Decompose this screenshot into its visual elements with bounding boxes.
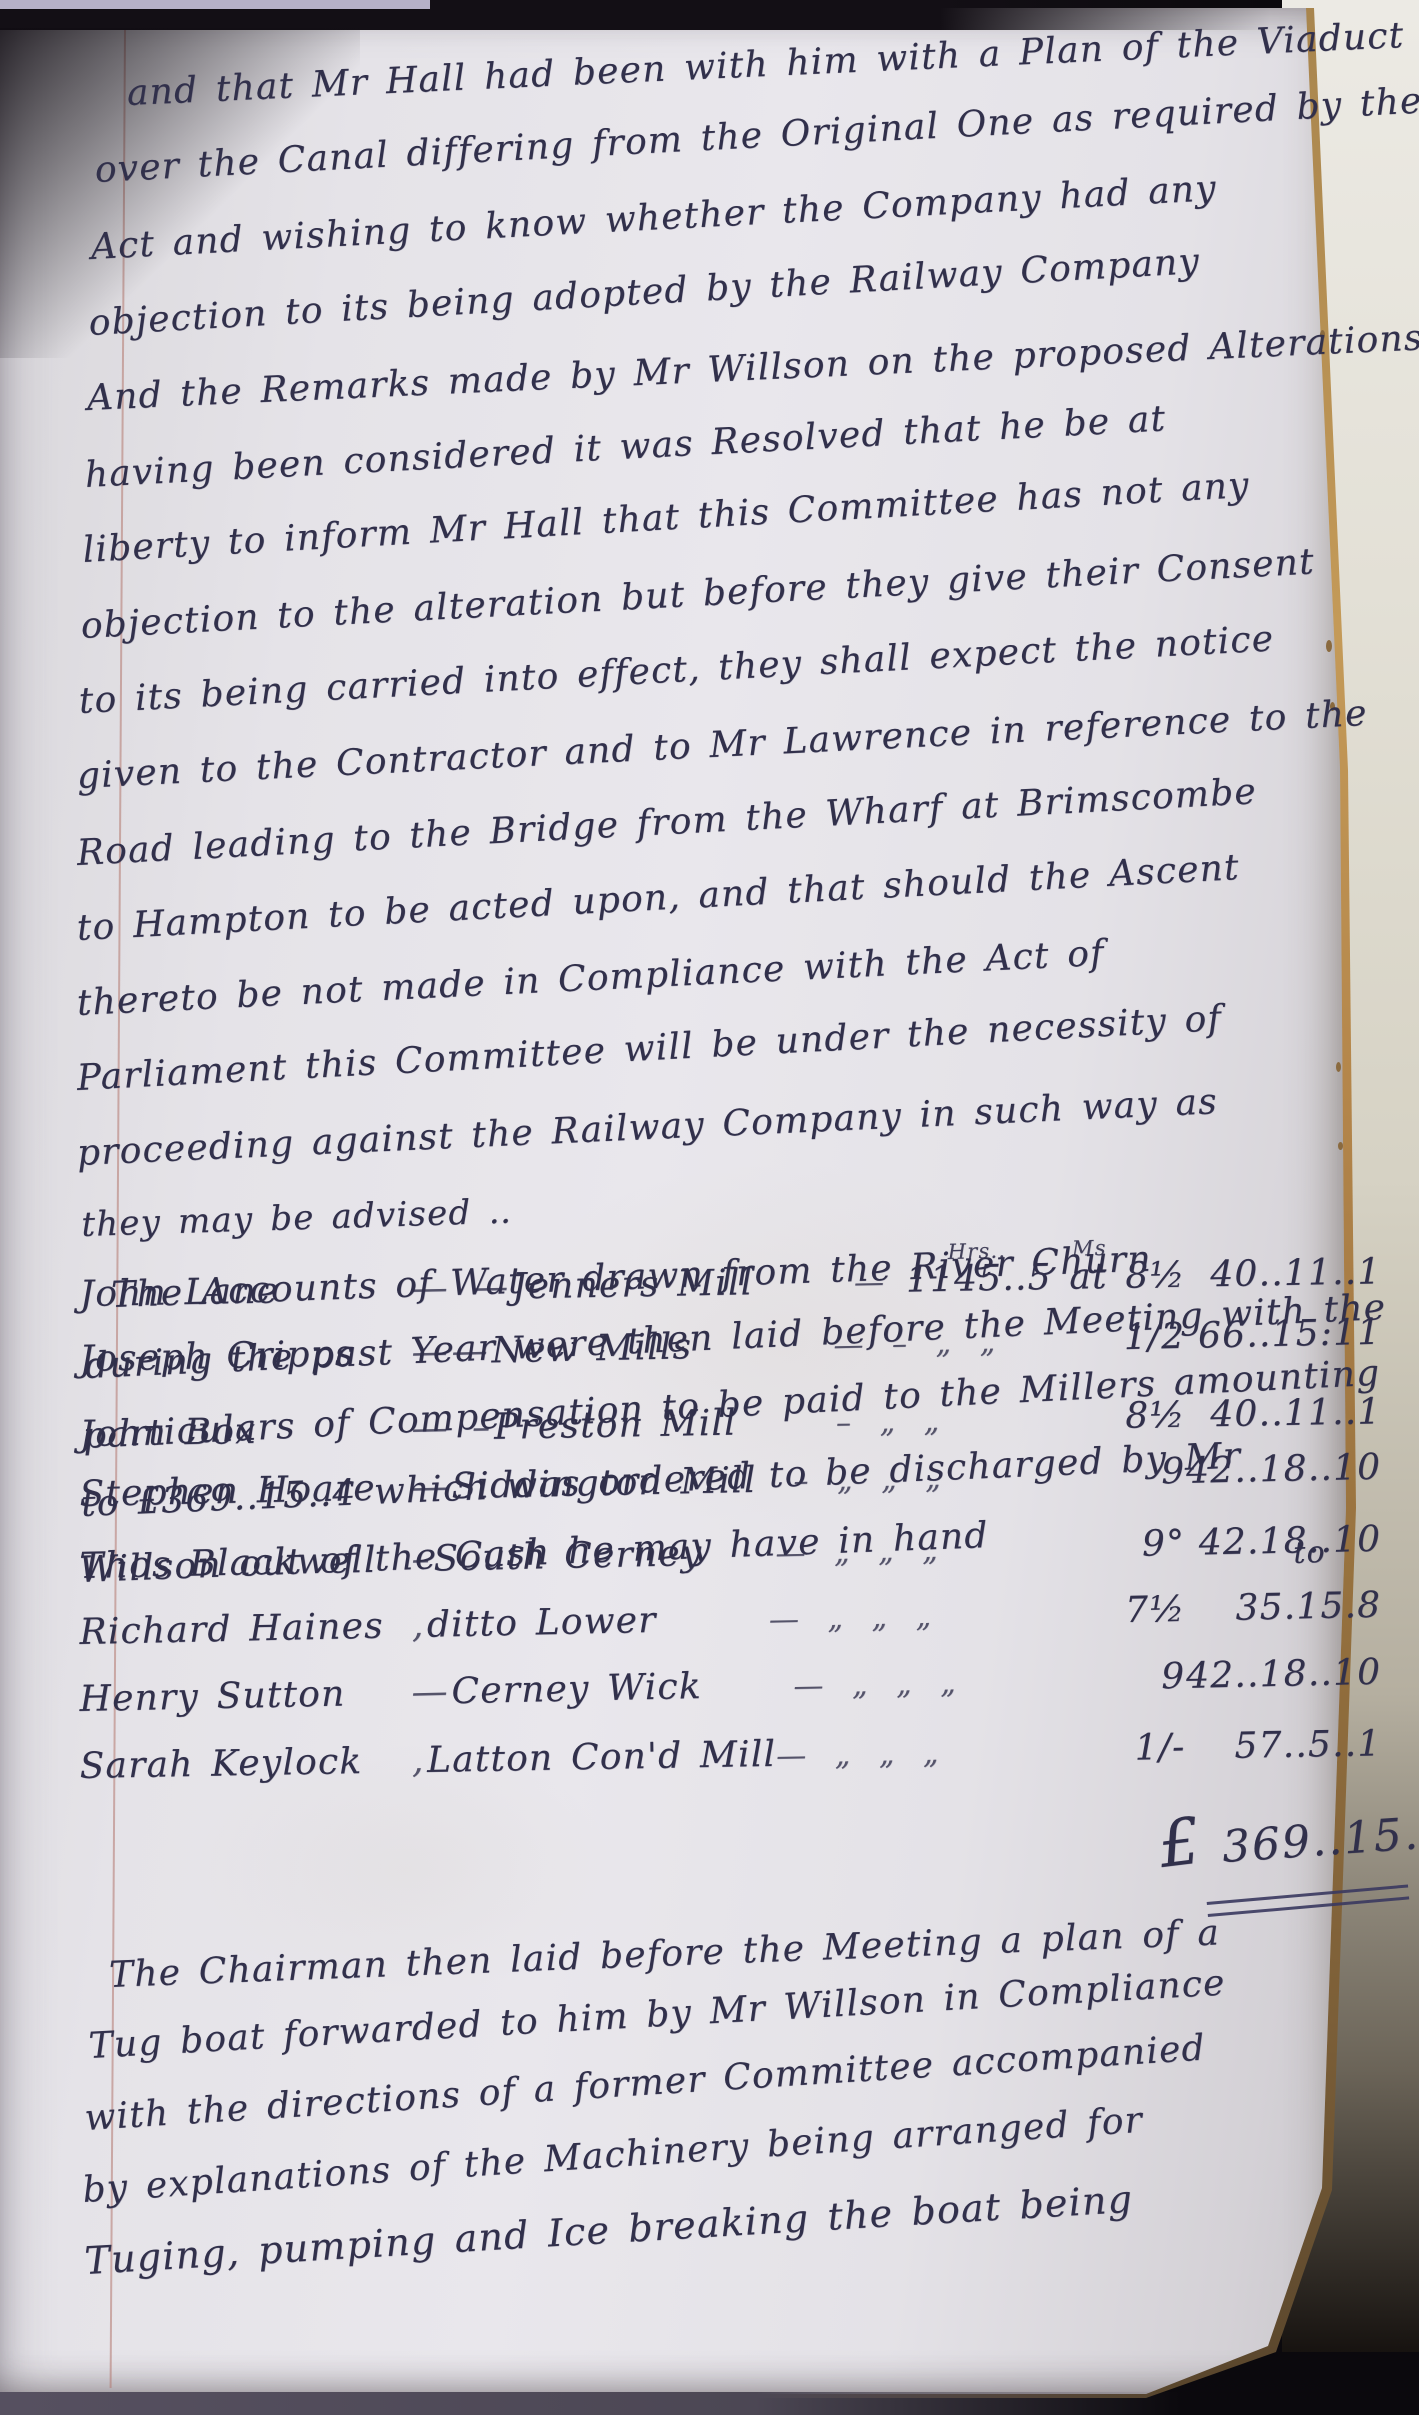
row-dashes: —— xyxy=(411,1329,492,1374)
rate-value: 1/2 xyxy=(1017,1315,1186,1362)
rate-value: 9 xyxy=(1017,1450,1186,1497)
payee-name: Thos Blackwell xyxy=(79,1538,412,1588)
row-dashes: – xyxy=(411,1538,434,1582)
payee-name: John Lane xyxy=(79,1267,412,1316)
ditto-marks: – „ „ „ xyxy=(793,1459,1018,1500)
row-dashes: — — xyxy=(411,1265,512,1310)
ditto-marks: — „ „ „ xyxy=(775,1531,1018,1572)
rate-value: 8½ xyxy=(1017,1394,1186,1440)
ditto-marks: — – xyxy=(854,1265,907,1302)
amount-value: 35.15.8 xyxy=(1185,1584,1382,1631)
rate-value: 9° xyxy=(1017,1522,1186,1569)
mill-name: New Mills xyxy=(491,1322,834,1372)
mill-name: Latton Con'd Mill xyxy=(427,1733,777,1782)
amount-value: 42..18..10 xyxy=(1185,1446,1382,1493)
row-dashes: — xyxy=(411,1670,452,1714)
photograph-of-manuscript-page: Hrs.. Ms to £ 369..15..4 and that Mr Hal… xyxy=(0,0,1419,2415)
ditto-marks: – „ „ xyxy=(836,1403,1018,1442)
rate-value: 9 xyxy=(1017,1655,1186,1702)
amount-value: 40..11..1 xyxy=(1185,1250,1382,1297)
photo-top-sliver xyxy=(0,0,430,9)
payee-name: Joseph Cripps xyxy=(79,1331,412,1381)
row-dashes: — – xyxy=(411,1406,494,1451)
payee-name: Sarah Keylock xyxy=(79,1739,412,1788)
photo-bottom-edge xyxy=(0,2392,1180,2415)
mill-name: Jenners Mill xyxy=(512,1259,855,1308)
mill-name: Cerney Wick xyxy=(451,1663,794,1713)
ditto-marks: — „ „ „ xyxy=(769,1597,1018,1638)
payee-name: Stephen Hoare xyxy=(79,1466,412,1516)
paper-speck xyxy=(1336,1062,1341,1072)
amount-value: 40..11..1 xyxy=(1185,1390,1382,1437)
ditto-marks: — „ „ „ xyxy=(776,1735,1018,1775)
mill-name: Preston Mill xyxy=(494,1400,837,1449)
paper-speck xyxy=(1338,1142,1343,1150)
amount-value: 42.18..10 xyxy=(1185,1518,1382,1565)
paper-speck xyxy=(1326,640,1332,652)
ditto-marks: — – „ „ „ – xyxy=(833,1324,1018,1364)
payee-name: Richard Haines xyxy=(79,1604,412,1654)
amount-value: 57..5..1 xyxy=(1185,1722,1382,1769)
row-dashes: ‚ xyxy=(411,1739,427,1782)
row-dashes: ‚ xyxy=(411,1604,427,1648)
ditto-marks: — „ „ „ xyxy=(793,1664,1018,1705)
rate-value: 1/- xyxy=(1017,1726,1186,1772)
mill-name: South Cerney xyxy=(433,1530,776,1580)
mill-name: ditto Lower xyxy=(426,1597,769,1647)
amount-value: 42..18..10 xyxy=(1185,1651,1382,1698)
rate-value: 7½ xyxy=(1017,1588,1186,1635)
payee-name: John Box xyxy=(79,1407,412,1456)
amount-value: 66..15:11 xyxy=(1185,1311,1382,1358)
mill-name: Siddington Mill xyxy=(451,1458,794,1508)
payee-name: Henry Sutton xyxy=(79,1671,412,1721)
row-dashes: — xyxy=(411,1465,452,1509)
rate-value: 1145..5 at 8½ xyxy=(905,1254,1185,1302)
